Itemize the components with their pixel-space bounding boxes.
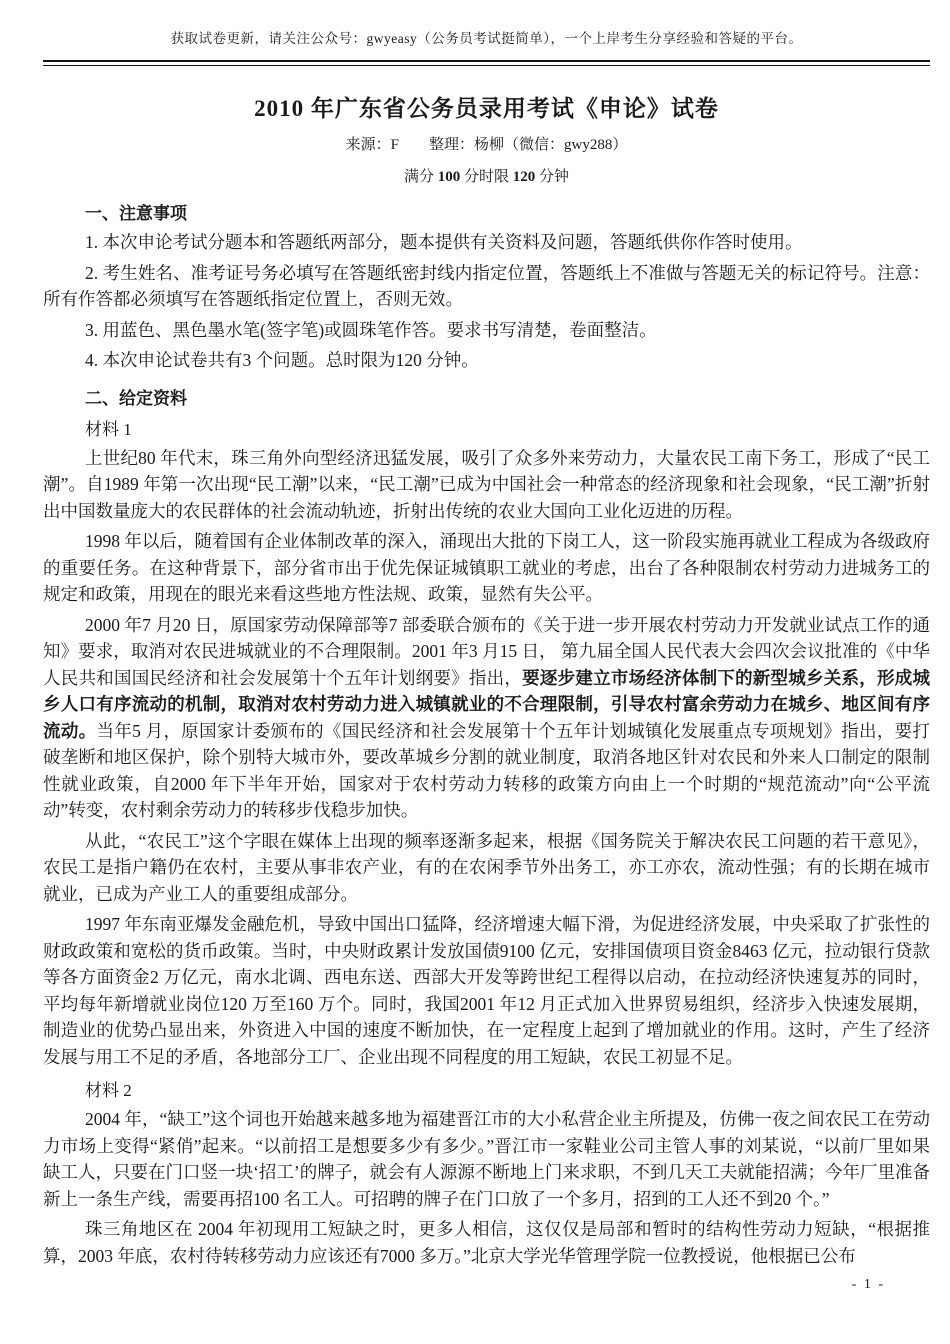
- page-number: - 1 -: [852, 1277, 885, 1293]
- material-1-paragraph-1: 上世纪80 年代末，珠三角外向型经济迅猛发展，吸引了众多外来劳动力，大量农民工南…: [43, 445, 930, 525]
- material-1-paragraph-2: 1998 年以后，随着国有企业体制改革的深入，涌现出大批的下岗工人，这一阶段实施…: [43, 528, 930, 608]
- section-materials-heading: 二、给定资料: [43, 384, 930, 409]
- notice-item-1: 1. 本次申论考试分题本和答题纸两部分，题本提供有关资料及问题，答题纸供你作答时…: [43, 229, 930, 256]
- material-1-paragraph-5: 1997 年东南亚爆发金融危机，导致中国出口猛降，经济增速大幅下滑，为促进经济发…: [43, 911, 930, 1070]
- score-middle: 分时限: [460, 169, 513, 185]
- material-2-paragraph-1: 2004 年，“缺工”这个词也开始越来越多地为福建晋江市的大小私营企业主所提及，…: [43, 1106, 930, 1212]
- notice-item-2: 2. 考生姓名、准考证号务必填写在答题纸密封线内指定位置，答题纸上不准做与答题无…: [43, 260, 930, 313]
- score-suffix: 分钟: [535, 169, 569, 185]
- editor-label: 整理：杨柳（微信：gwy288）: [429, 137, 627, 153]
- section-notice-heading: 一、注意事项: [43, 199, 930, 224]
- source-line: 来源：F整理：杨柳（微信：gwy288）: [43, 135, 930, 155]
- score-line: 满分 100 分时限 120 分钟: [43, 167, 930, 187]
- score-max-value: 100: [438, 169, 461, 185]
- header-divider: [43, 60, 930, 66]
- material-1-paragraph-3-normal-end: 当年5 月，原国家计委颁布的《国民经济和社会发展第十个五年计划城镇化发展重点专项…: [43, 721, 930, 821]
- material-2-label: 材料 2: [43, 1076, 930, 1101]
- time-limit-value: 120: [513, 169, 536, 185]
- document-page: 获取试卷更新，请关注公众号：gwyeasy（公务员考试挺简单），一个上岸考生分享…: [0, 0, 950, 1269]
- notice-item-3: 3. 用蓝色、黑色墨水笔(签字笔)或圆珠笔作答。要求书写清楚，卷面整洁。: [43, 317, 930, 344]
- material-1-label: 材料 1: [43, 415, 930, 440]
- material-1-paragraph-3: 2000 年7 月20 日，原国家劳动保障部等7 部委联合颁布的《关于进一步开展…: [43, 612, 930, 824]
- page-header: 获取试卷更新，请关注公众号：gwyeasy（公务员考试挺简单），一个上岸考生分享…: [43, 30, 930, 66]
- material-1-paragraph-4: 从此，“农民工”这个字眼在媒体上出现的频率逐渐多起来，根据《国务院关于解决农民工…: [43, 828, 930, 908]
- notice-item-4: 4. 本次申论试卷共有3 个问题。总时限为120 分钟。: [43, 347, 930, 374]
- material-2-paragraph-2: 珠三角地区在 2004 年初现用工短缺之时，更多人相信，这仅仅是局部和暂时的结构…: [43, 1216, 930, 1269]
- source-label: 来源：F: [346, 137, 399, 153]
- score-prefix: 满分: [404, 169, 438, 185]
- header-note: 获取试卷更新，请关注公众号：gwyeasy（公务员考试挺简单），一个上岸考生分享…: [43, 30, 930, 48]
- page-title: 2010 年广东省公务员录用考试《申论》试卷: [43, 90, 930, 123]
